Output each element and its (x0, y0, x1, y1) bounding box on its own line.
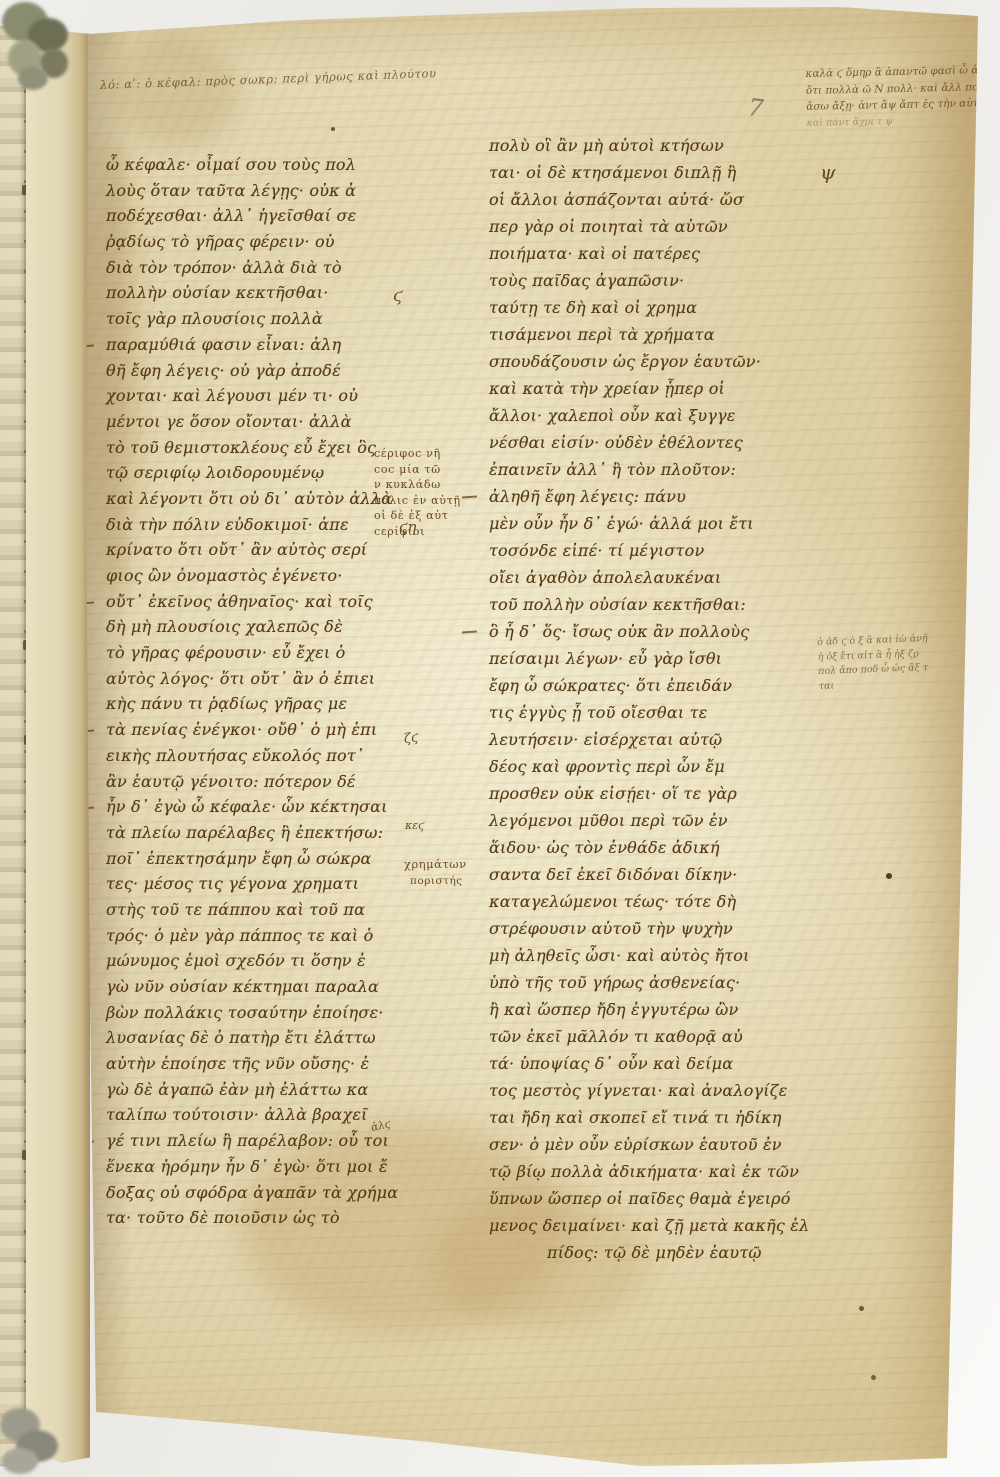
manuscript-text-line: τά· ὑποψίας δ᾽ οὖν καὶ δείμα (489, 1050, 861, 1077)
manuscript-text-line: μὲν οὖν ἦν δ᾽ ἐγώ· ἀλλά μοι ἔτι (489, 510, 861, 537)
marginal-note-siglum: ϛ (393, 286, 403, 306)
manuscript-text-line: ἕνεκα ἠρόμην ἦν δ᾽ ἐγὼ· ὅτι μοι ἔ (106, 1154, 418, 1180)
manuscript-text-line: τρός· ὁ μὲν γὰρ πάππος τε καὶ ὁ (106, 923, 418, 949)
book-leaf-stack-edge (0, 26, 26, 1466)
top-right-annotation: καλὰ ϛ ὅμηρ ἃ ἁπαντῶ φασὶ ὧ ἀ·ὅτι πολλὰ … (805, 62, 987, 132)
manuscript-text-line: ἐπαινεῖν ἀλλ᾽ ἢ τὸν πλοῦτον: (489, 456, 861, 483)
manuscript-photo: λό: αʹ: ὁ κέφαλ: πρὸς σωκρ: περὶ γήρως κ… (0, 0, 1000, 1477)
manuscript-text-line: διὰ τὴν πόλιν εὐδοκιμοῖ· ἀπε (106, 512, 418, 538)
manuscript-text-line: σπουδάζουσιν ὡς ἔργον ἑαυτῶν· (489, 348, 861, 375)
manuscript-text-line: ἢ καὶ ὥσπερ ἤδη ἐγγυτέρω ὢν (489, 996, 861, 1023)
manuscript-text-line: εικὴς πλουτήσας εὔκολός ποτ᾽ (106, 743, 418, 769)
manuscript-text-line: τοῖς γὰρ πλουσίοις πολλὰ (106, 306, 418, 332)
manuscript-text-line: προσθεν οὐκ εἰσῄει· οἵ τε γὰρ (489, 780, 861, 807)
annotation-line: χρημάτων (404, 856, 467, 873)
annotation-line: ϲοϲ μία τῶ (374, 462, 461, 478)
chapter-mark-siglum: κεϛ (405, 819, 424, 832)
manuscript-text-line: μενος δειμαίνει· καὶ ζῇ μετὰ κακῆς ἐλ (489, 1212, 861, 1239)
right-text-column: πολὺ οἳ ἂν μὴ αὐτοὶ κτήσωνται· οἱ δὲ κτη… (489, 132, 861, 1266)
manuscript-text-line: οἴει ἀγαθὸν ἀπολελαυκέναι (489, 564, 861, 591)
manuscript-text-line: τες· μέσος τις γέγονα χρηματι (106, 871, 418, 897)
manuscript-text-line: τοσόνδε εἰπέ· τί μέγιστον (489, 537, 861, 564)
annotation-line: ν κυκλάδω (374, 477, 461, 493)
manuscript-text-line: πολλὴν οὐσίαν κεκτῆσθαι· (106, 280, 418, 306)
psi-marginal-mark: ψ (820, 160, 836, 184)
manuscript-text-line: ἄλλοι· χαλεποὶ οὖν καὶ ξυγγε (489, 402, 861, 429)
manuscript-text-line: τῶν ἐκεῖ μᾶλλόν τι καθορᾷ αὐ (489, 1023, 861, 1050)
manuscript-text-line: ποιήματα· καὶ οἱ πατέρες (489, 240, 861, 267)
stain-top-left (110, 38, 240, 148)
manuscript-text-line: ποδέχεσθαι· ἀλλ᾽ ἡγεῖσθαί σε (106, 203, 418, 229)
manuscript-text-line: σαντα δεῖ ἐκεῖ διδόναι δίκην· (489, 861, 861, 888)
manuscript-text-line: ται· οἱ δὲ κτησάμενοι διπλῇ ἢ (489, 159, 861, 186)
annotation-line: ϲέριφοϲ νῆ (374, 446, 461, 462)
manuscript-text-line: ὕπνων ὥσπερ οἱ παῖδες θαμὰ ἐγειρό (489, 1185, 861, 1212)
manuscript-text-line: ὃ ἦ δ᾽ ὅς· ἴσως οὐκ ἂν πολλοὺς (489, 618, 861, 645)
manuscript-text-line: καὶ λέγοντι ὅτι οὐ δι᾽ αὑτὸν ἀλλὰ (106, 486, 418, 512)
manuscript-text-line: αὐτὴν ἐποίησε τῆς νῦν οὔσης· ἐ (106, 1051, 418, 1077)
manuscript-text-line: σεν· ὁ μὲν οὖν εὑρίσκων ἑαυτοῦ ἐν (489, 1131, 861, 1158)
manuscript-text-line: περ γὰρ οἱ ποιηταὶ τὰ αὑτῶν (489, 213, 861, 240)
manuscript-text-line: ἦν δ᾽ ἐγὼ ὦ κέφαλε· ὧν κέκτησαι (106, 794, 418, 820)
manuscript-text-line: τοὺς παῖδας ἀγαπῶσιν· (489, 267, 861, 294)
manuscript-text-line: πολὺ οἳ ἂν μὴ αὐτοὶ κτήσων (489, 132, 861, 159)
manuscript-text-line: τος μεστὸς γίγνεται· καὶ ἀναλογίζε (489, 1077, 861, 1104)
manuscript-text-line: παραμύθιά φασιν εἶναι: ἀλη (106, 332, 418, 358)
manuscript-text-line: κρίνατο ὅτι οὔτ᾽ ἂν αὐτὸς σερί (106, 537, 418, 563)
annotation-line: οἱ δὲ ἐξ αὐτ (374, 508, 461, 524)
manuscript-text-line: ῥᾳδίως τὸ γῆρας φέρειν· οὐ (106, 229, 418, 255)
manuscript-text-line: πίδος: τῷ δὲ μηδὲν ἑαυτῷ (489, 1239, 861, 1266)
manuscript-text-line: νέσθαι εἰσίν· οὐδὲν ἐθέλοντες (489, 429, 861, 456)
manuscript-text-line: ὦ κέφαλε· οἶμαί σου τοὺς πολ (106, 152, 418, 178)
manuscript-text-line: γὼ νῦν οὐσίαν κέκτημαι παραλα (106, 974, 418, 1000)
manuscript-text-line: ται ἤδη καὶ σκοπεῖ εἴ τινά τι ἠδίκη (489, 1104, 861, 1131)
wormhole (871, 1375, 876, 1380)
manuscript-text-line: οἱ ἄλλοι ἀσπάζονται αὐτά· ὥσ (489, 186, 861, 213)
manuscript-text-line: λυσανίας δὲ ὁ πατὴρ ἔτι ἐλάττω (106, 1025, 418, 1051)
manuscript-text-line: ταύτῃ τε δὴ καὶ οἱ χρημα (489, 294, 861, 321)
manuscript-text-line: καὶ κατὰ τὴν χρείαν ᾗπερ οἱ (489, 375, 861, 402)
manuscript-text-line: καταγελώμενοι τέως· τότε δὴ (489, 888, 861, 915)
left-text-column: ὦ κέφαλε· οἶμαί σου τοὺς πολλοὺς ὅταν τα… (106, 152, 418, 1231)
manuscript-text-line: δὴ μὴ πλουσίοις χαλεπῶς δὲ (106, 614, 418, 640)
manuscript-text-line: μέντοι γε ὅσον οἴονται· ἀλλὰ (106, 409, 418, 435)
wormhole (886, 873, 892, 879)
manuscript-text-line: μώνυμος ἐμοὶ σχεδόν τι ὅσην ἐ (106, 948, 418, 974)
manuscript-text-line: χονται· καὶ λέγουσι μέν τι· οὐ (106, 383, 418, 409)
conjugate-leaf-edge (26, 28, 90, 1466)
manuscript-text-line: ποῖ᾽ ἐπεκτησάμην ἔφη ὦ σώκρα (106, 846, 418, 872)
manuscript-text-line: τις ἐγγὺς ᾖ τοῦ οἴεσθαι τε (489, 699, 861, 726)
manuscript-text-line: τὸ τοῦ θεμιστοκλέους εὖ ἔχει ὃς (106, 435, 418, 461)
manuscript-text-line: τῷ σεριφίῳ λοιδορουμένῳ (106, 460, 418, 486)
manuscript-text-line: λεγόμενοι μῦθοι περὶ τῶν ἐν (489, 807, 861, 834)
manuscript-text-line: δοξας οὐ σφόδρα ἀγαπᾶν τὰ χρήμα (106, 1180, 418, 1206)
manuscript-text-line: τῷ βίῳ πολλὰ ἀδικήματα· καὶ ἐκ τῶν (489, 1158, 861, 1185)
manuscript-text-line: γὼ δὲ ἀγαπῶ ἐὰν μὴ ἐλάττω κα (106, 1077, 418, 1103)
manuscript-text-line: τοῦ πολλὴν οὐσίαν κεκτῆσθαι: (489, 591, 861, 618)
manuscript-text-line: δέος καὶ φροντὶς περὶ ὧν ἔμ (489, 753, 861, 780)
manuscript-text-line: οὔτ᾽ ἐκεῖνος ἀθηναῖος· καὶ τοῖς (106, 589, 418, 615)
manuscript-text-line: ὑπὸ τῆς τοῦ γήρως ἀσθενείας· (489, 969, 861, 996)
manuscript-text-line: ἔφη ὦ σώκρατες· ὅτι ἐπειδάν (489, 672, 861, 699)
manuscript-text-line: φιος ὢν ὀνομαστὸς ἐγένετο· (106, 563, 418, 589)
marginal-note-siglum: ϛη (399, 518, 416, 536)
manuscript-text-line: πείσαιμι λέγων· εὖ γὰρ ἴσθι (489, 645, 861, 672)
manuscript-text-line: τὸ γῆρας φέρουσιν· εὖ ἔχει ὁ (106, 640, 418, 666)
manuscript-text-line: τισάμενοι περὶ τὰ χρήματα (489, 321, 861, 348)
stain-right-edge (918, 60, 980, 1400)
marginal-note-siglum: ζϛ (403, 730, 419, 747)
manuscript-text-line: αὐτὸς λόγος· ὅτι οὔτ᾽ ἂν ὁ ἐπιει (106, 666, 418, 692)
seriphos-scholion: ϲέριφοϲ νῆϲοϲ μία τῶν κυκλάδωπόλιϲ ἐν αὐ… (374, 446, 461, 539)
manuscript-text-line: τα· τοῦτο δὲ ποιοῦσιν ὡς τὸ (106, 1205, 418, 1231)
manuscript-text-line: ἀληθῆ ἔφη λέγεις: πάνυ (489, 483, 861, 510)
manuscript-text-line: διὰ τὸν τρόπον· ἀλλὰ διὰ τὸ (106, 255, 418, 281)
wormhole (859, 1306, 864, 1311)
ink-speck (331, 127, 335, 131)
parchment-page: λό: αʹ: ὁ κέφαλ: πρὸς σωκρ: περὶ γήρως κ… (0, 0, 1000, 1477)
manuscript-text-line: στρέφουσιν αὐτοῦ τὴν ψυχὴν (489, 915, 861, 942)
right-margin-annotation: ὁ ἀδ ϛ ὁ ξ ἃ καὶ ἰὼ ἀνῆἡ ὀξ ἔτι αἰτ ἃ ἦ … (817, 632, 929, 694)
annotation-line: ϲερίφιοι (374, 524, 461, 540)
manuscript-text-line: λευτήσειν· εἰσέρχεται αὐτῷ (489, 726, 861, 753)
annotation-line: ποριστής (404, 873, 467, 890)
manuscript-text-line: λοὺς ὅταν ταῦτα λέγῃς· οὐκ ἀ (106, 178, 418, 204)
money-provider-gloss: χρημάτωνποριστής (404, 856, 467, 890)
manuscript-text-line: ἂν ἑαυτῷ γένοιτο: πότερον δέ (106, 769, 418, 795)
manuscript-text-line: ἅιδου· ὡς τὸν ἐνθάδε ἀδική (489, 834, 861, 861)
manuscript-text-line: κὴς πάνυ τι ῥᾳδίως γῆρας με (106, 691, 418, 717)
manuscript-text-line: βὼν πολλάκις τοσαύτην ἐποίησε· (106, 1000, 418, 1026)
manuscript-text-line: τὰ πενίας ἐνέγκοι· οὔθ᾽ ὁ μὴ ἐπι (106, 717, 418, 743)
manuscript-text-line: στὴς τοῦ τε πάππου καὶ τοῦ πα (106, 897, 418, 923)
manuscript-text-line: θῆ ἔφη λέγεις· οὐ γὰρ ἀποδέ (106, 358, 418, 384)
manuscript-text-line: μὴ ἀληθεῖς ὦσι· καὶ αὐτὸς ἤτοι (489, 942, 861, 969)
manuscript-text-line: τὰ πλείω παρέλαβες ἢ ἐπεκτήσω: (106, 820, 418, 846)
annotation-line: πόλιϲ ἐν αὐτῇ (374, 493, 461, 509)
